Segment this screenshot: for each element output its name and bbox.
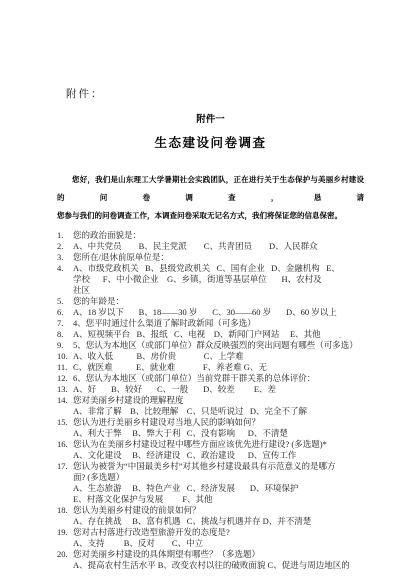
question-text: 4、您平时通过什么渠道了解时政新闻（可多选）: [73, 318, 364, 329]
question-row: 2. A、中共党员 B、民主党派 C、共青团员 D、人民群众: [57, 241, 364, 252]
question-row: 12. 6、您认为本地区（或部门单位）当前党群干群关系的总体评价：: [57, 373, 364, 384]
question-number: [57, 483, 73, 494]
question-text: A、存在挑战 B、富有机遇 C、挑战与机遇并存 D、并不清楚: [73, 516, 364, 527]
question-number: 18.: [57, 505, 73, 516]
question-row: 学校 F、中小微企业 G、乡镇，街道等基层单位 H、农村及: [57, 274, 364, 285]
question-number: 5.: [57, 296, 73, 307]
question-row: E、村落文化保护与发展 F、其他: [57, 494, 364, 505]
question-number: 3.: [57, 252, 73, 263]
question-text: 您认为被誉为“中国最美乡村”对其他乡村建设最具有示范意义的是哪方: [73, 461, 364, 472]
question-row: 18. 您认为美丽乡村建设的前景如何？: [57, 505, 364, 516]
question-row: 1. 您的政治面貌是：: [57, 230, 364, 241]
question-text: 您认为美丽乡村建设的前景如何？: [73, 505, 364, 516]
question-text: 面? (多选题）: [73, 472, 364, 483]
question-text: 社区: [73, 285, 364, 296]
question-row: 9. 5、您认为本地区（或部门单位）群众反映强烈的突出问题有哪些（可多选）: [57, 340, 364, 351]
question-text: 您认为进行美丽乡村建设对当地人民的影响如何？: [73, 417, 364, 428]
intro-paragraph: 您好，我们是山东理工大学暑期社会实践团队，正在进行关于生态保护与美丽乡村建设的问…: [57, 171, 364, 225]
attachment-label: 附件：: [66, 86, 364, 101]
question-row: 14. 您对美丽乡村建设的理解程度: [57, 395, 364, 406]
question-number: 1.: [57, 230, 73, 241]
question-text: A、提高农村生活水平 B、改变农村以往的破败面貌 C、促进与周边地区的: [73, 560, 364, 571]
question-text: A、非常了解 B、比较理解 C、只是听说过 D、完全不了解: [73, 406, 364, 417]
question-number: 2.: [57, 241, 73, 252]
question-text: C、就医难 E、就业难 F、养老难 G、无: [73, 362, 364, 373]
question-number: 9.: [57, 340, 73, 351]
question-row: 4. A、市级党政机关 B、县级党政机关 C、国有企业 D、金融机构 E、: [57, 263, 364, 274]
question-number: [57, 494, 73, 505]
question-number: 17.: [57, 461, 73, 472]
question-number: 7.: [57, 318, 73, 329]
question-number: 11.: [57, 362, 73, 373]
question-row: A、提高农村生活水平 B、改变农村以往的破败面貌 C、促进与周边地区的: [57, 560, 364, 571]
question-number: [57, 406, 73, 417]
doc-title: 生态建设问卷调查: [57, 133, 364, 151]
question-row: 20. 您对美丽乡村建设的具体期望有哪些？（多选题）: [57, 549, 364, 560]
question-number: [57, 285, 73, 296]
question-row: A、支持 B、反对 C、中立: [57, 538, 364, 549]
question-row: A、非常了解 B、比较理解 C、只是听说过 D、完全不了解: [57, 406, 364, 417]
question-row: A、生态旅游 B、特色产业 C、经济发展 D、环境保护: [57, 483, 364, 494]
question-row: 16. 您认为在美丽乡村建设过程中哪些方面应该优先进行建设? (多选题)*: [57, 439, 364, 450]
stray-mark: .: [339, 331, 341, 340]
question-number: [57, 274, 73, 285]
question-number: 16.: [57, 439, 73, 450]
question-text: A、支持 B、反对 C、中立: [73, 538, 364, 549]
question-text: A、生态旅游 B、特色产业 C、经济发展 D、环境保护: [73, 483, 364, 494]
question-row: 7. 4、您平时通过什么渠道了解时政新闻（可多选）: [57, 318, 364, 329]
question-number: 4.: [57, 263, 73, 274]
question-number: 19.: [57, 527, 73, 538]
question-row: 17. 您认为被誉为“中国最美乡村”对其他乡村建设最具有示范意义的是哪方: [57, 461, 364, 472]
question-text: 6、您认为本地区（或部门单位）当前党群干群关系的总体评价：: [73, 373, 364, 384]
question-text: A、市级党政机关 B、县级党政机关 C、国有企业 D、金融机构 E、: [73, 263, 364, 274]
question-row: 面? (多选题）: [57, 472, 364, 483]
question-text: 您的政治面貌是：: [73, 230, 364, 241]
question-number: 15.: [57, 417, 73, 428]
question-number: 10.: [57, 351, 73, 362]
question-number: 8.: [57, 329, 73, 340]
question-text: 您对美丽乡村建设的具体期望有哪些？（多选题）: [73, 549, 364, 560]
question-row: 10. A、收入低 B、房价贵 C、上学难: [57, 351, 364, 362]
question-text: 5、您认为本地区（或部门单位）群众反映强烈的突出问题有哪些（可多选）: [73, 340, 364, 351]
question-text: A、短视频平台 B、报纸 C、电视 D、新闻门户网站 E、其他: [73, 329, 364, 340]
question-row: A、存在挑战 B、富有机遇 C、挑战与机遇并存 D、并不清楚: [57, 516, 364, 527]
question-row: A、文化建设 B、经济建设 C、政治建设 D、宣传工作: [57, 450, 364, 461]
question-row: A、利大于弊 B、弊大于利 C、没有影响 D、不清楚: [57, 428, 364, 439]
question-row: 社区: [57, 285, 364, 296]
question-list: 1. 您的政治面貌是： 2. A、中共党员 B、民主党派 C、共青团员 D、人民…: [57, 230, 364, 571]
question-row: 3. 您所在/退休前原单位是：: [57, 252, 364, 263]
question-row: 11. C、就医难 E、就业难 F、养老难 G、无: [57, 362, 364, 373]
question-text: 您所在/退休前原单位是：: [73, 252, 364, 263]
question-number: [57, 472, 73, 483]
question-number: [57, 560, 73, 571]
question-text: A、18 岁以下 B、18——30 岁 C、30——60 岁 D、60 岁以上: [73, 307, 364, 318]
question-number: 6.: [57, 307, 73, 318]
question-row: 13. A、好 B、较好 C、一般 D、较差 E、差: [57, 384, 364, 395]
question-text: 您对美丽乡村建设的理解程度: [73, 395, 364, 406]
intro-line: 您好，我们是山东理工大学暑期社会实践团队，正在进行关于生态保护与美丽乡村建设的问…: [57, 171, 364, 207]
question-row: 19. 您对古村落进行改造型旅游开发的态度是?: [57, 527, 364, 538]
question-text: 学校 F、中小微企业 G、乡镇，街道等基层单位 H、农村及: [73, 274, 364, 285]
question-row: 15. 您认为进行美丽乡村建设对当地人民的影响如何？: [57, 417, 364, 428]
question-number: [57, 516, 73, 527]
question-number: [57, 538, 73, 549]
question-text: A、好 B、较好 C、一般 D、较差 E、差: [73, 384, 364, 395]
question-text: A、利大于弊 B、弊大于利 C、没有影响 D、不清楚: [73, 428, 364, 439]
question-text: 您认为在美丽乡村建设过程中哪些方面应该优先进行建设? (多选题)*: [73, 439, 364, 450]
question-number: 14.: [57, 395, 73, 406]
question-text: 您的年龄是：: [73, 296, 364, 307]
question-row: 5. 您的年龄是：: [57, 296, 364, 307]
question-number: 20.: [57, 549, 73, 560]
question-number: [57, 450, 73, 461]
document-page: 附件： 附件一 生态建设问卷调查 您好，我们是山东理工大学暑期社会实践团队，正在…: [0, 0, 414, 588]
intro-line: 您参与我们的问卷调查工作，本调查问卷采取无记名方式，我们将保证您的信息保密。: [57, 207, 364, 225]
doc-heading: 附件一: [57, 111, 364, 125]
question-row: 6. A、18 岁以下 B、18——30 岁 C、30——60 岁 D、60 岁…: [57, 307, 364, 318]
question-number: [57, 428, 73, 439]
question-text: A、文化建设 B、经济建设 C、政治建设 D、宣传工作: [73, 450, 364, 461]
question-text: 您对古村落进行改造型旅游开发的态度是?: [73, 527, 364, 538]
question-row: 8. A、短视频平台 B、报纸 C、电视 D、新闻门户网站 E、其他: [57, 329, 364, 340]
question-text: A、收入低 B、房价贵 C、上学难: [73, 351, 364, 362]
question-number: 13.: [57, 384, 73, 395]
question-text: E、村落文化保护与发展 F、其他: [73, 494, 364, 505]
question-number: 12.: [57, 373, 73, 384]
question-text: A、中共党员 B、民主党派 C、共青团员 D、人民群众: [73, 241, 364, 252]
